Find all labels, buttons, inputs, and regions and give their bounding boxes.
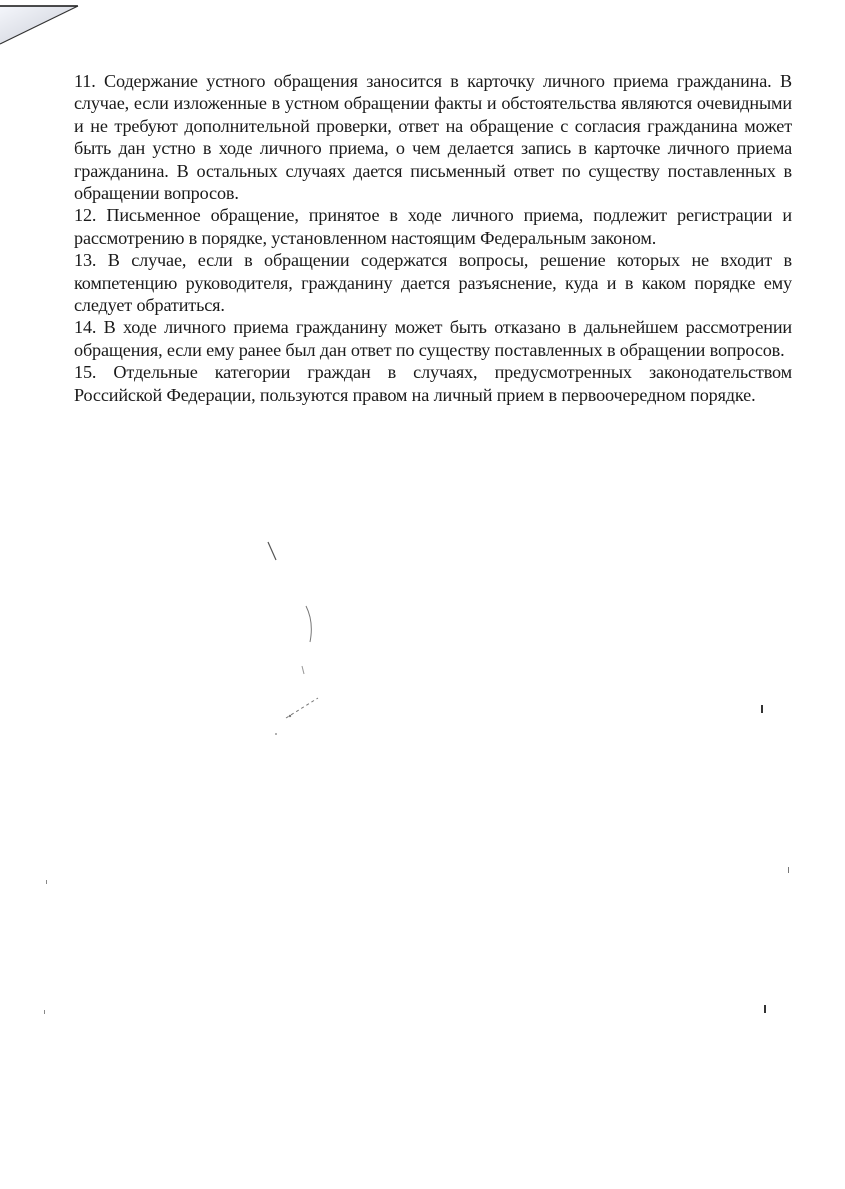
scan-mark [764, 1005, 766, 1013]
document-body: 11. Содержание устного обращения заносит… [74, 70, 792, 406]
paragraph-12: 12. Письменное обращение, принятое в ход… [74, 204, 792, 249]
scan-scribble-marks [262, 538, 332, 738]
scan-mark [788, 867, 789, 873]
paragraph-11: 11. Содержание устного обращения заносит… [74, 70, 792, 204]
paragraph-13: 13. В случае, если в обращении содержатс… [74, 249, 792, 316]
scan-mark [761, 705, 763, 713]
folded-corner-artifact [0, 0, 80, 46]
scan-mark [46, 880, 47, 884]
paragraph-15: 15. Отдельные категории граждан в случая… [74, 361, 792, 406]
paragraph-14: 14. В ходе личного приема гражданину мож… [74, 316, 792, 361]
scan-mark [44, 1010, 45, 1014]
